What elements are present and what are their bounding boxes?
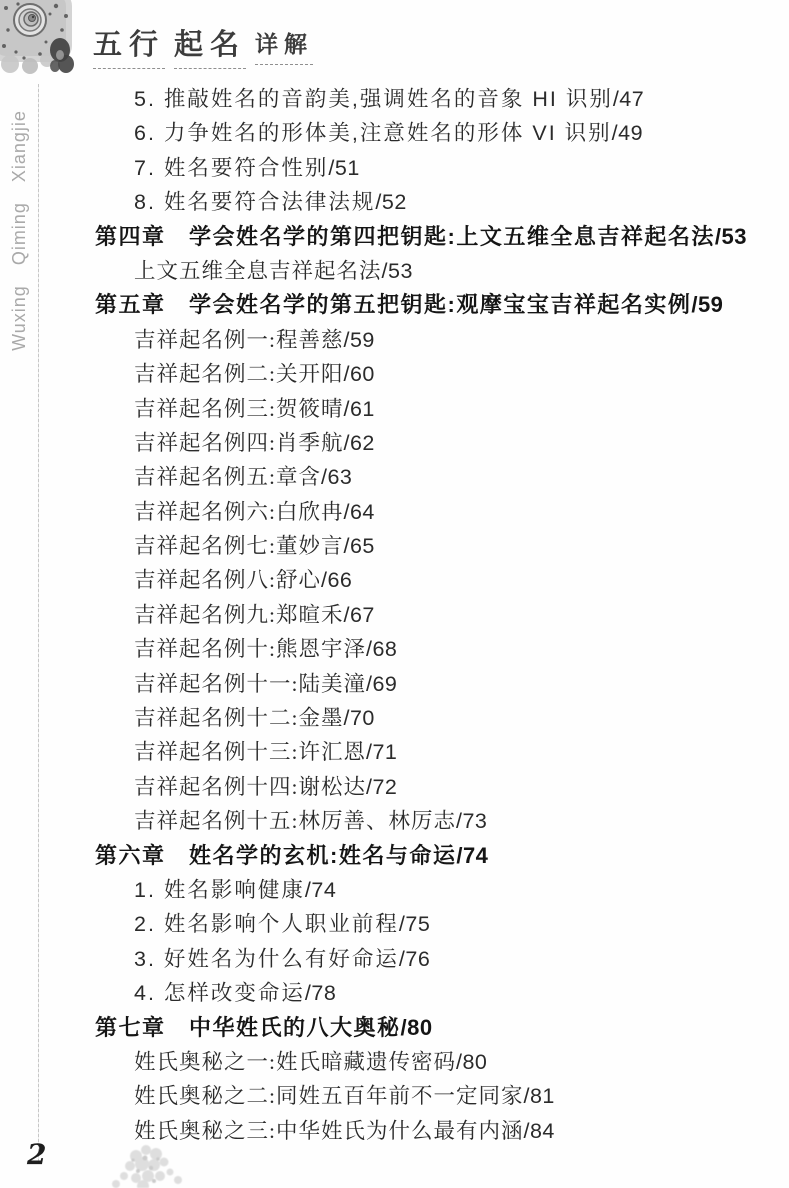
toc-entry-text: 3. 好姓名为什么有好命运 xyxy=(134,947,399,971)
toc-entry-text: 吉祥起名例十二:金墨 xyxy=(134,706,343,730)
toc-item-entry: 吉祥起名例六:白欣冉/64 xyxy=(0,495,789,529)
toc-entry-page-ref: /70 xyxy=(343,706,374,730)
toc-entry-page-ref: /78 xyxy=(305,981,336,1005)
toc-entry-text: 姓氏奥秘之二:同姓五百年前不一定同家 xyxy=(134,1084,523,1108)
toc-entry-page-ref: /80 xyxy=(401,1015,433,1040)
toc-entry-text: 4. 怎样改变命运 xyxy=(134,981,305,1005)
toc-entry-page-ref: /62 xyxy=(343,431,374,455)
toc-entry-text: 吉祥起名例六:白欣冉 xyxy=(134,500,343,524)
book-title-segment: 详解 xyxy=(255,26,313,65)
table-of-contents: 5. 推敲姓名的音韵美,强调姓名的音象 HI 识别/476. 力争姓名的形体美,… xyxy=(0,82,789,1148)
toc-entry-text: 吉祥起名例十五:林厉善、林厉志 xyxy=(134,809,456,833)
toc-entry-page-ref: /66 xyxy=(321,568,352,592)
seal-stamp-icon xyxy=(0,0,84,88)
toc-item-entry: 7. 姓名要符合性别/51 xyxy=(0,151,789,185)
page-number: 2 xyxy=(27,1138,46,1171)
toc-item-entry: 吉祥起名例九:郑暄禾/67 xyxy=(0,598,789,632)
toc-entry-text: 8. 姓名要符合法律法规 xyxy=(134,190,375,214)
toc-item-entry: 吉祥起名例三:贺筱晴/61 xyxy=(0,392,789,426)
toc-item-entry: 吉祥起名例十:熊恩宇泽/68 xyxy=(0,632,789,666)
toc-item-entry: 吉祥起名例八:舒心/66 xyxy=(0,563,789,597)
toc-chapter-entry: 第六章 姓名学的玄机:姓名与命运/74 xyxy=(0,839,789,873)
toc-entry-text: 第四章 学会姓名学的第四把钥匙:上文五维全息吉祥起名法 xyxy=(95,224,715,249)
toc-item-entry: 上文五维全息吉祥起名法/53 xyxy=(0,254,789,288)
toc-item-entry: 2. 姓名影响个人职业前程/75 xyxy=(0,907,789,941)
toc-entry-text: 2. 姓名影响个人职业前程 xyxy=(134,912,399,936)
toc-entry-text: 吉祥起名例二:关开阳 xyxy=(134,362,343,386)
toc-entry-page-ref: /52 xyxy=(375,190,406,214)
toc-entry-page-ref: /75 xyxy=(399,912,430,936)
toc-entry-page-ref: /73 xyxy=(456,809,487,833)
toc-entry-text: 吉祥起名例十:熊恩宇泽 xyxy=(134,637,366,661)
toc-entry-text: 吉祥起名例一:程善慈 xyxy=(134,328,343,352)
toc-entry-page-ref: /74 xyxy=(305,878,336,902)
toc-entry-text: 吉祥起名例九:郑暄禾 xyxy=(134,603,343,627)
toc-entry-page-ref: /49 xyxy=(612,121,643,145)
toc-entry-text: 7. 姓名要符合性别 xyxy=(134,156,328,180)
toc-entry-text: 吉祥起名例十四:谢松达 xyxy=(134,775,366,799)
toc-item-entry: 吉祥起名例十三:许汇恩/71 xyxy=(0,735,789,769)
toc-entry-text: 姓氏奥秘之一:姓氏暗藏遗传密码 xyxy=(134,1050,456,1074)
toc-item-entry: 吉祥起名例十一:陆美潼/69 xyxy=(0,667,789,701)
toc-entry-page-ref: /80 xyxy=(456,1050,487,1074)
toc-item-entry: 吉祥起名例十五:林厉善、林厉志/73 xyxy=(0,804,789,838)
toc-entry-page-ref: /68 xyxy=(366,637,397,661)
toc-entry-page-ref: /47 xyxy=(613,87,644,111)
toc-item-entry: 吉祥起名例二:关开阳/60 xyxy=(0,357,789,391)
toc-entry-page-ref: /61 xyxy=(343,397,374,421)
toc-entry-text: 1. 姓名影响健康 xyxy=(134,878,305,902)
toc-chapter-entry: 第五章 学会姓名学的第五把钥匙:观摩宝宝吉祥起名实例/59 xyxy=(0,288,789,322)
toc-entry-text: 5. 推敲姓名的音韵美,强调姓名的音象 HI 识别 xyxy=(134,87,613,111)
toc-item-entry: 3. 好姓名为什么有好命运/76 xyxy=(0,942,789,976)
toc-item-entry: 吉祥起名例五:章含/63 xyxy=(0,460,789,494)
toc-item-entry: 吉祥起名例七:董妙言/65 xyxy=(0,529,789,563)
toc-entry-text: 吉祥起名例十三:许汇恩 xyxy=(134,740,366,764)
toc-entry-page-ref: /84 xyxy=(523,1119,554,1143)
toc-entry-page-ref: /71 xyxy=(366,740,397,764)
toc-item-entry: 8. 姓名要符合法律法规/52 xyxy=(0,185,789,219)
toc-entry-text: 吉祥起名例三:贺筱晴 xyxy=(134,397,343,421)
toc-entry-text: 第六章 姓名学的玄机:姓名与命运 xyxy=(95,843,456,868)
toc-item-entry: 吉祥起名例一:程善慈/59 xyxy=(0,323,789,357)
toc-entry-page-ref: /51 xyxy=(328,156,359,180)
toc-entry-text: 吉祥起名例七:董妙言 xyxy=(134,534,343,558)
toc-item-entry: 4. 怎样改变命运/78 xyxy=(0,976,789,1010)
toc-chapter-entry: 第四章 学会姓名学的第四把钥匙:上文五维全息吉祥起名法/53 xyxy=(0,220,789,254)
book-title-segment: 五行 xyxy=(93,22,165,69)
toc-entry-text: 第七章 中华姓氏的八大奥秘 xyxy=(95,1015,401,1040)
toc-entry-page-ref: /53 xyxy=(382,259,413,283)
toc-entry-text: 吉祥起名例四:肖季航 xyxy=(134,431,343,455)
toc-item-entry: 姓氏奥秘之二:同姓五百年前不一定同家/81 xyxy=(0,1079,789,1113)
toc-entry-page-ref: /72 xyxy=(366,775,397,799)
book-page: 五行起名详解 Wuxing Qiming Xiangjie 5. 推敲姓名的音韵… xyxy=(0,0,789,1188)
book-title-segment: 起名 xyxy=(174,22,246,69)
toc-entry-text: 6. 力争姓名的形体美,注意姓名的形体 VI 识别 xyxy=(134,121,612,145)
toc-entry-page-ref: /59 xyxy=(691,292,723,317)
toc-entry-page-ref: /76 xyxy=(399,947,430,971)
toc-item-entry: 吉祥起名例十四:谢松达/72 xyxy=(0,770,789,804)
toc-item-entry: 吉祥起名例十二:金墨/70 xyxy=(0,701,789,735)
toc-entry-text: 吉祥起名例十一:陆美潼 xyxy=(134,672,366,696)
toc-entry-page-ref: /60 xyxy=(343,362,374,386)
toc-item-entry: 6. 力争姓名的形体美,注意姓名的形体 VI 识别/49 xyxy=(0,116,789,150)
toc-entry-page-ref: /67 xyxy=(343,603,374,627)
toc-entry-page-ref: /64 xyxy=(343,500,374,524)
toc-entry-text: 第五章 学会姓名学的第五把钥匙:观摩宝宝吉祥起名实例 xyxy=(95,292,691,317)
toc-item-entry: 1. 姓名影响健康/74 xyxy=(0,873,789,907)
book-title: 五行起名详解 xyxy=(93,22,322,69)
floral-ornament-icon xyxy=(88,1138,218,1188)
toc-entry-page-ref: /81 xyxy=(523,1084,554,1108)
toc-entry-page-ref: /63 xyxy=(321,465,352,489)
toc-entry-text: 吉祥起名例五:章含 xyxy=(134,465,321,489)
toc-entry-page-ref: /69 xyxy=(366,672,397,696)
toc-item-entry: 吉祥起名例四:肖季航/62 xyxy=(0,426,789,460)
toc-item-entry: 5. 推敲姓名的音韵美,强调姓名的音象 HI 识别/47 xyxy=(0,82,789,116)
toc-entry-page-ref: /53 xyxy=(715,224,747,249)
toc-entry-text: 上文五维全息吉祥起名法 xyxy=(134,259,382,283)
toc-chapter-entry: 第七章 中华姓氏的八大奥秘/80 xyxy=(0,1011,789,1045)
toc-entry-page-ref: /74 xyxy=(456,843,488,868)
toc-entry-page-ref: /59 xyxy=(343,328,374,352)
toc-entry-page-ref: /65 xyxy=(343,534,374,558)
toc-entry-text: 吉祥起名例八:舒心 xyxy=(134,568,321,592)
toc-item-entry: 姓氏奥秘之一:姓氏暗藏遗传密码/80 xyxy=(0,1045,789,1079)
